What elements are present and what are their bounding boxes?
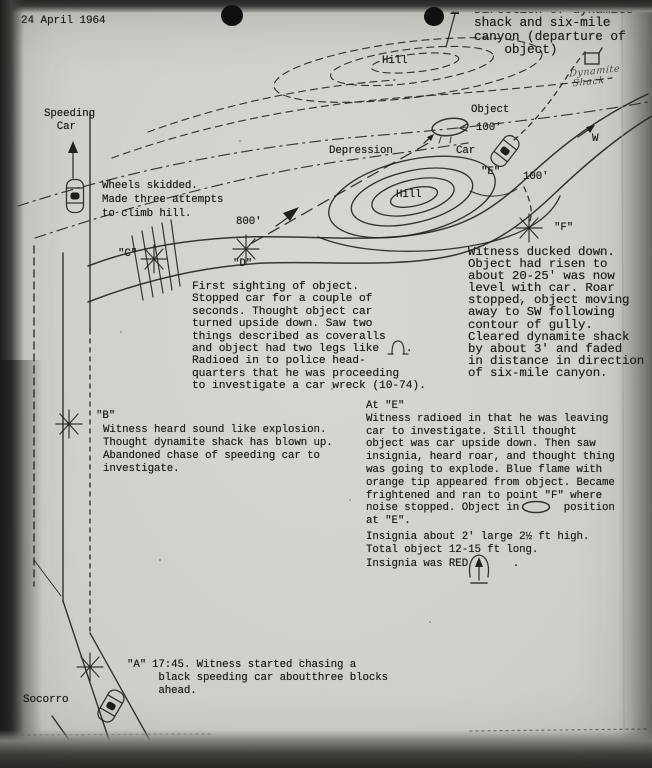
star-point-a bbox=[77, 653, 103, 681]
photo-border-left-lower bbox=[0, 360, 42, 768]
point-c-label: "C" bbox=[118, 248, 137, 261]
point-e-label: "E" bbox=[481, 166, 500, 179]
photo-border-bottom bbox=[0, 730, 652, 768]
insignia-note: Insignia about 2' large 2½ ft high. Tota… bbox=[366, 531, 589, 571]
skid-marks bbox=[132, 220, 180, 300]
point-a-heading: "A" bbox=[127, 659, 146, 672]
chased-car-icon bbox=[95, 687, 126, 724]
speeding-car-arrow bbox=[68, 141, 78, 178]
point-b-heading: "B" bbox=[96, 410, 115, 423]
binder-hole-left bbox=[221, 5, 243, 26]
star-point-b bbox=[56, 410, 82, 438]
a-witness-note: 17:45. Witness started chasing a black s… bbox=[152, 659, 388, 698]
west-label: W bbox=[592, 133, 598, 146]
point-f-label: "F" bbox=[554, 222, 573, 235]
b-witness-note: Witness heard sound like explosion. Thou… bbox=[103, 424, 333, 476]
speeding-car-label: Speeding Car bbox=[44, 108, 95, 134]
photo-border-top bbox=[0, 0, 652, 13]
distance-800-label: 800' bbox=[236, 216, 262, 229]
speeding-car-icon bbox=[67, 180, 84, 213]
distance-100-lower-label: 100' bbox=[523, 171, 549, 184]
page-date: 24 April 1964 bbox=[21, 15, 106, 28]
object-oval-icon bbox=[424, 116, 469, 143]
distance-100-upper-label: 100' bbox=[476, 122, 502, 135]
binder-hole-right bbox=[424, 7, 444, 26]
star-point-f bbox=[516, 214, 542, 242]
wheels-note: Wheels skidded. Made three attempts to c… bbox=[102, 179, 223, 221]
depression-label: Depression bbox=[329, 145, 393, 158]
point-d-label: "D" bbox=[233, 258, 252, 271]
incident-diagram-photo: Socorro Incident 24 April 1964 Direction… bbox=[0, 0, 652, 768]
object-label: Object bbox=[471, 104, 509, 117]
star-point-c bbox=[141, 245, 167, 273]
hill-mid-label: Hill bbox=[396, 189, 422, 202]
car-label: Car bbox=[456, 145, 475, 158]
departure-path-dashes bbox=[514, 52, 585, 140]
hill-mid-contours bbox=[318, 142, 560, 252]
e-witness-note: At "E" Witness radioed in that he was le… bbox=[366, 400, 615, 528]
hill-top-label: Hill bbox=[382, 55, 408, 68]
f-witness-note: Witness ducked down. Object had risen to… bbox=[468, 246, 644, 379]
first-sighting-note: First sighting of object. Stopped car fo… bbox=[192, 281, 426, 393]
